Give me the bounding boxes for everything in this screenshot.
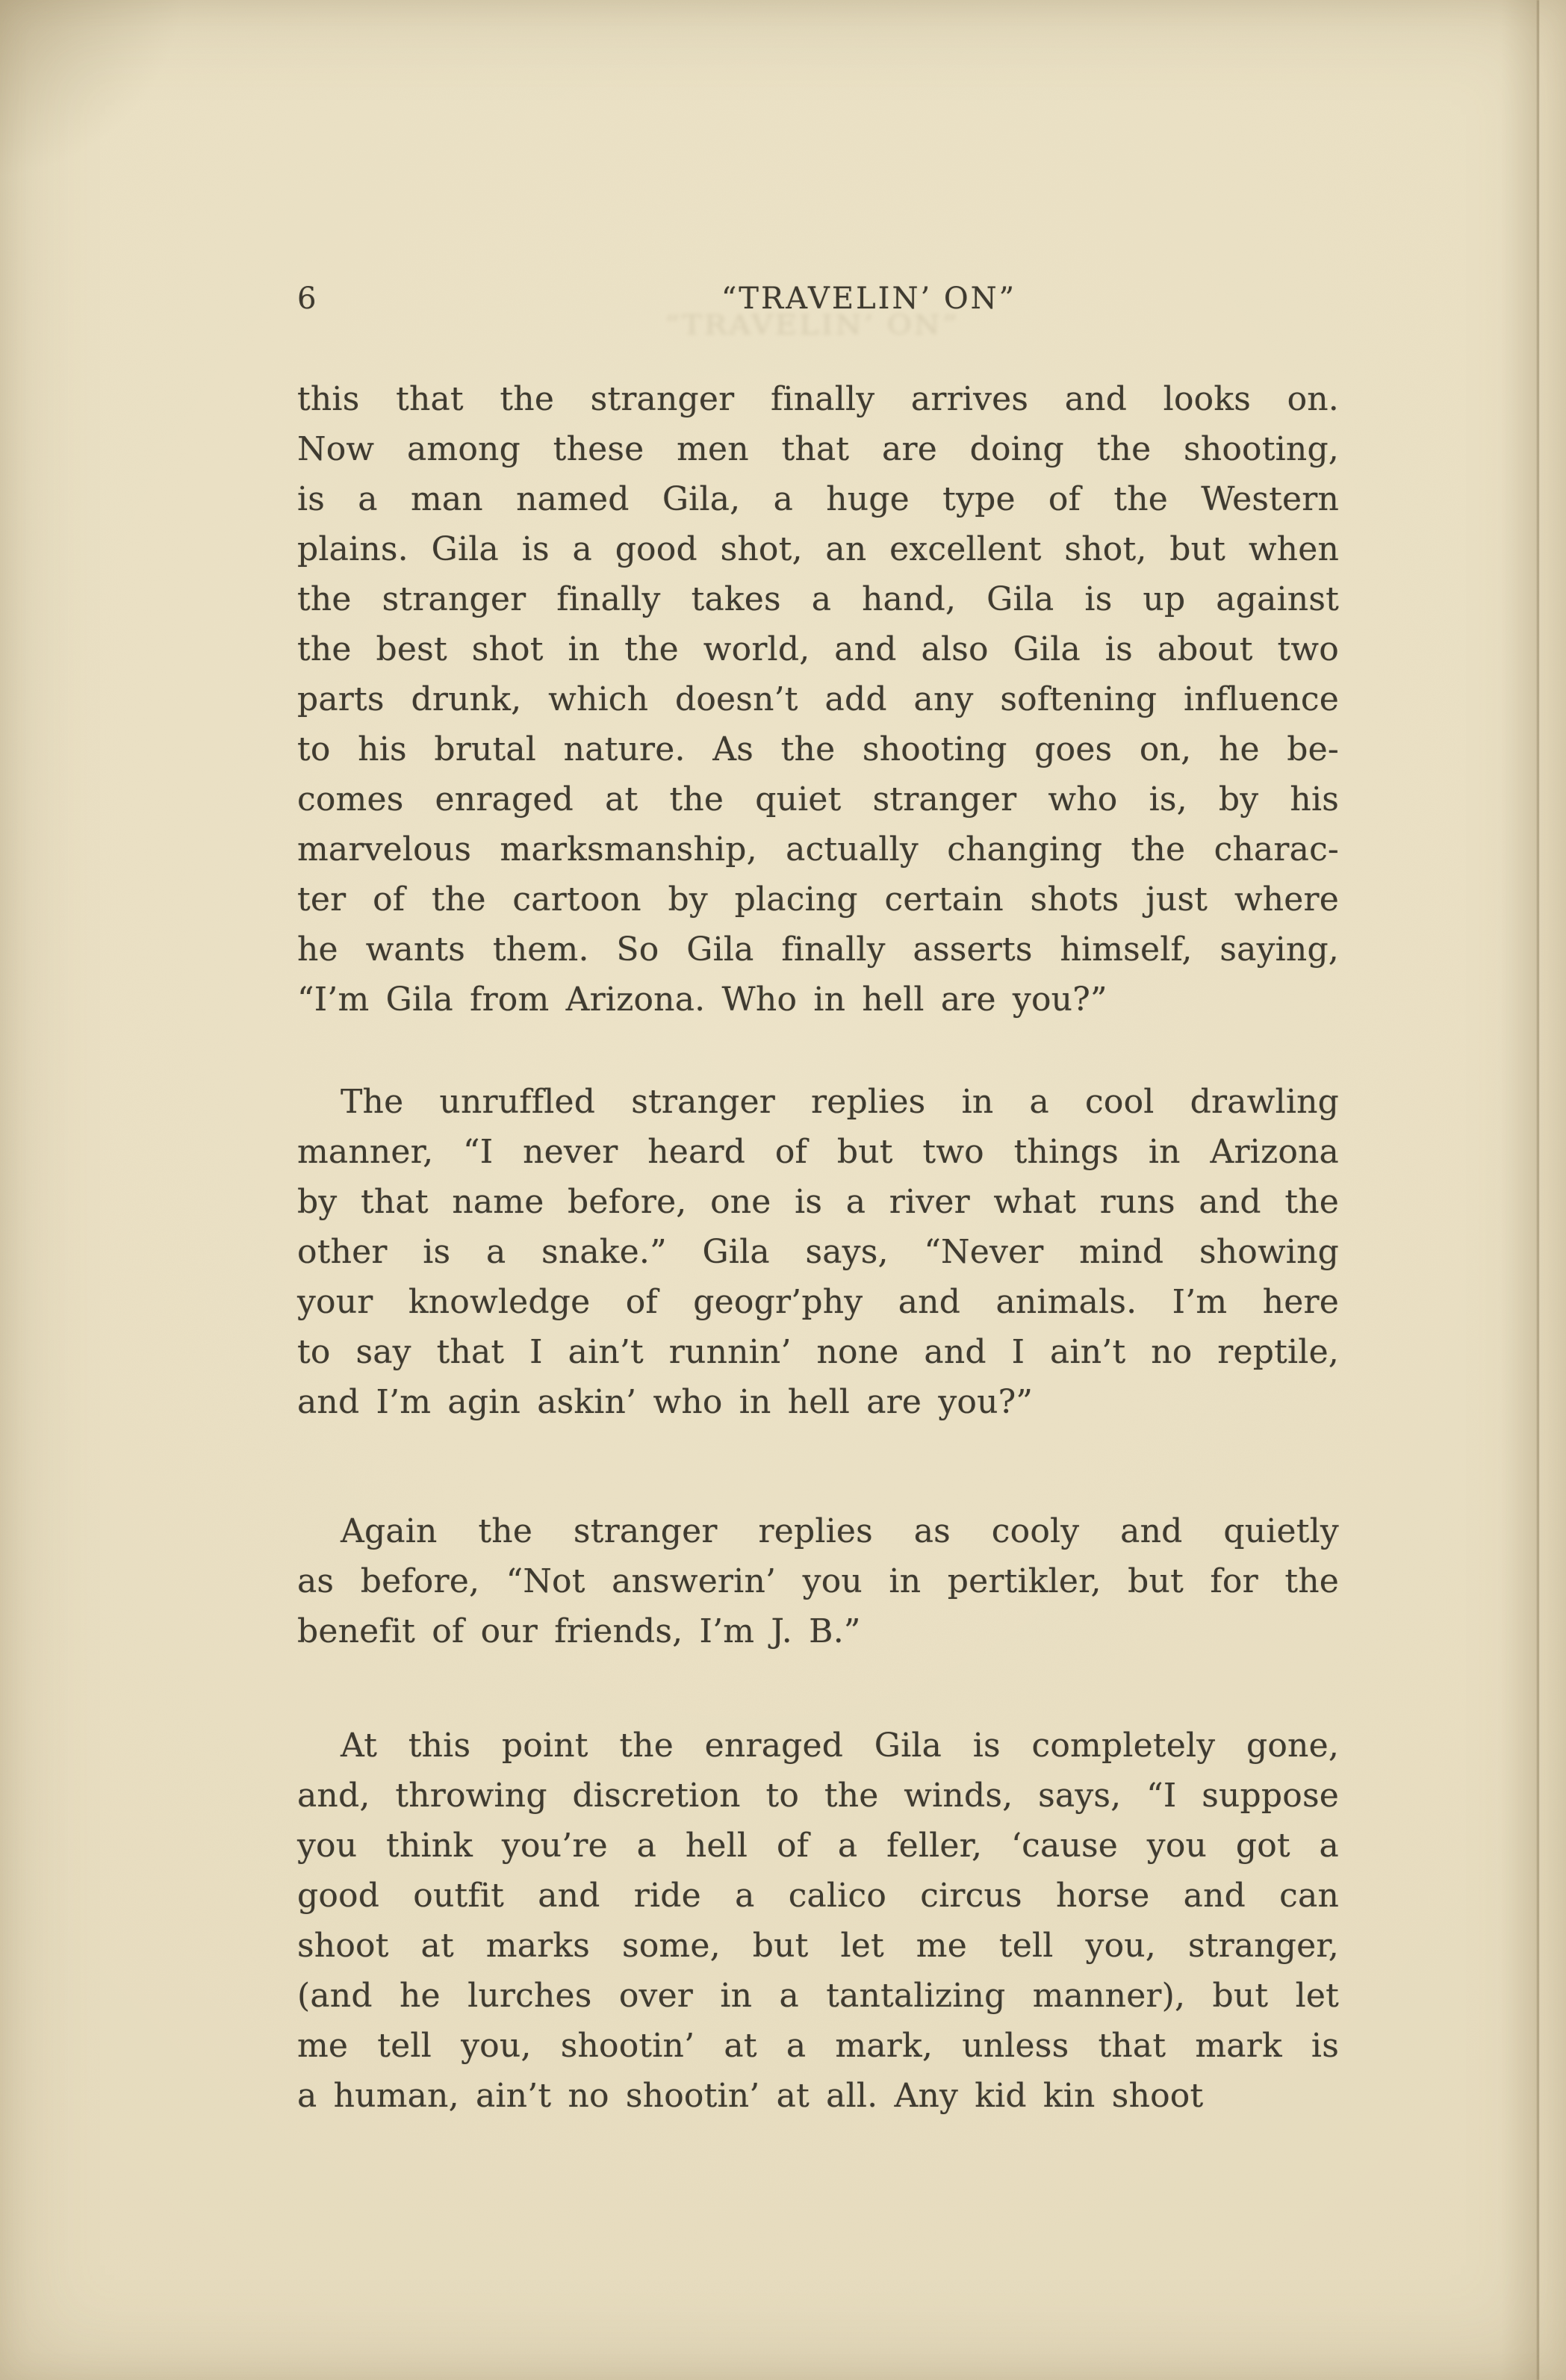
text-line: and, throwing discretion to the winds, s… <box>297 1771 1339 1821</box>
paragraph: Again the stranger replies as cooly and … <box>297 1506 1339 1656</box>
book-page-scan: “TRAVELIN’ ON” 6 “TRAVELIN’ ON” this tha… <box>0 0 1566 2380</box>
text-line: plains. Gila is a good shot, an excellen… <box>297 524 1339 574</box>
paragraph: At this point the enraged Gila is comple… <box>297 1721 1339 2121</box>
text-line: benefit of our friends, I’m J. B.” <box>297 1606 1339 1656</box>
text-line: shoot at marks some, but let me tell you… <box>297 1921 1339 1971</box>
page-number: 6 <box>297 281 317 317</box>
text-line: and I’m agin askin’ who in hell are you?… <box>297 1377 1339 1427</box>
text-line: Again the stranger replies as cooly and … <box>297 1506 1339 1556</box>
paragraph: this that the stranger finally arrives a… <box>297 374 1339 1025</box>
text-line: as before, “Not answerin’ you in pertikl… <box>297 1556 1339 1606</box>
text-line: your knowledge of geogr’phy and animals.… <box>297 1277 1339 1327</box>
binding-crease-shadow <box>1501 0 1537 2380</box>
text-line: the stranger finally takes a hand, Gila … <box>297 574 1339 624</box>
text-line: you think you’re a hell of a feller, ‘ca… <box>297 1821 1339 1871</box>
text-line: At this point the enraged Gila is comple… <box>297 1721 1339 1771</box>
text-line: “I’m Gila from Arizona. Who in hell are … <box>297 975 1339 1025</box>
paragraph: The unruffled stranger replies in a cool… <box>297 1077 1339 1427</box>
text-line: Now among these men that are doing the s… <box>297 424 1339 474</box>
running-header: “TRAVELIN’ ON” <box>348 281 1390 317</box>
text-line: (and he lurches over in a tantalizing ma… <box>297 1971 1339 2021</box>
page-edge-strip <box>1539 0 1566 2380</box>
text-line: is a man named Gila, a huge type of the … <box>297 474 1339 524</box>
text-line: to his brutal nature. As the shooting go… <box>297 724 1339 774</box>
text-line: other is a snake.” Gila says, “Never min… <box>297 1227 1339 1277</box>
text-line: to say that I ain’t runnin’ none and I a… <box>297 1327 1339 1377</box>
text-line: a human, ain’t no shootin’ at all. Any k… <box>297 2071 1339 2121</box>
text-line: this that the stranger finally arrives a… <box>297 374 1339 424</box>
text-line: by that name before, one is a river what… <box>297 1177 1339 1227</box>
text-line: The unruffled stranger replies in a cool… <box>297 1077 1339 1127</box>
text-line: me tell you, shootin’ at a mark, unless … <box>297 2021 1339 2071</box>
text-line: marvelous marksmanship, actually changin… <box>297 824 1339 874</box>
binding-crease-line <box>1537 0 1539 2380</box>
text-line: ter of the cartoon by placing certain sh… <box>297 874 1339 925</box>
text-line: he wants them. So Gila finally asserts h… <box>297 925 1339 975</box>
text-line: the best shot in the world, and also Gil… <box>297 624 1339 674</box>
text-line: comes enraged at the quiet stranger who … <box>297 774 1339 824</box>
text-block: this that the stranger finally arrives a… <box>297 374 1339 2121</box>
text-line: manner, “I never heard of but two things… <box>297 1127 1339 1177</box>
text-line: parts drunk, which doesn’t add any softe… <box>297 674 1339 724</box>
text-line: good outfit and ride a calico circus hor… <box>297 1871 1339 1921</box>
